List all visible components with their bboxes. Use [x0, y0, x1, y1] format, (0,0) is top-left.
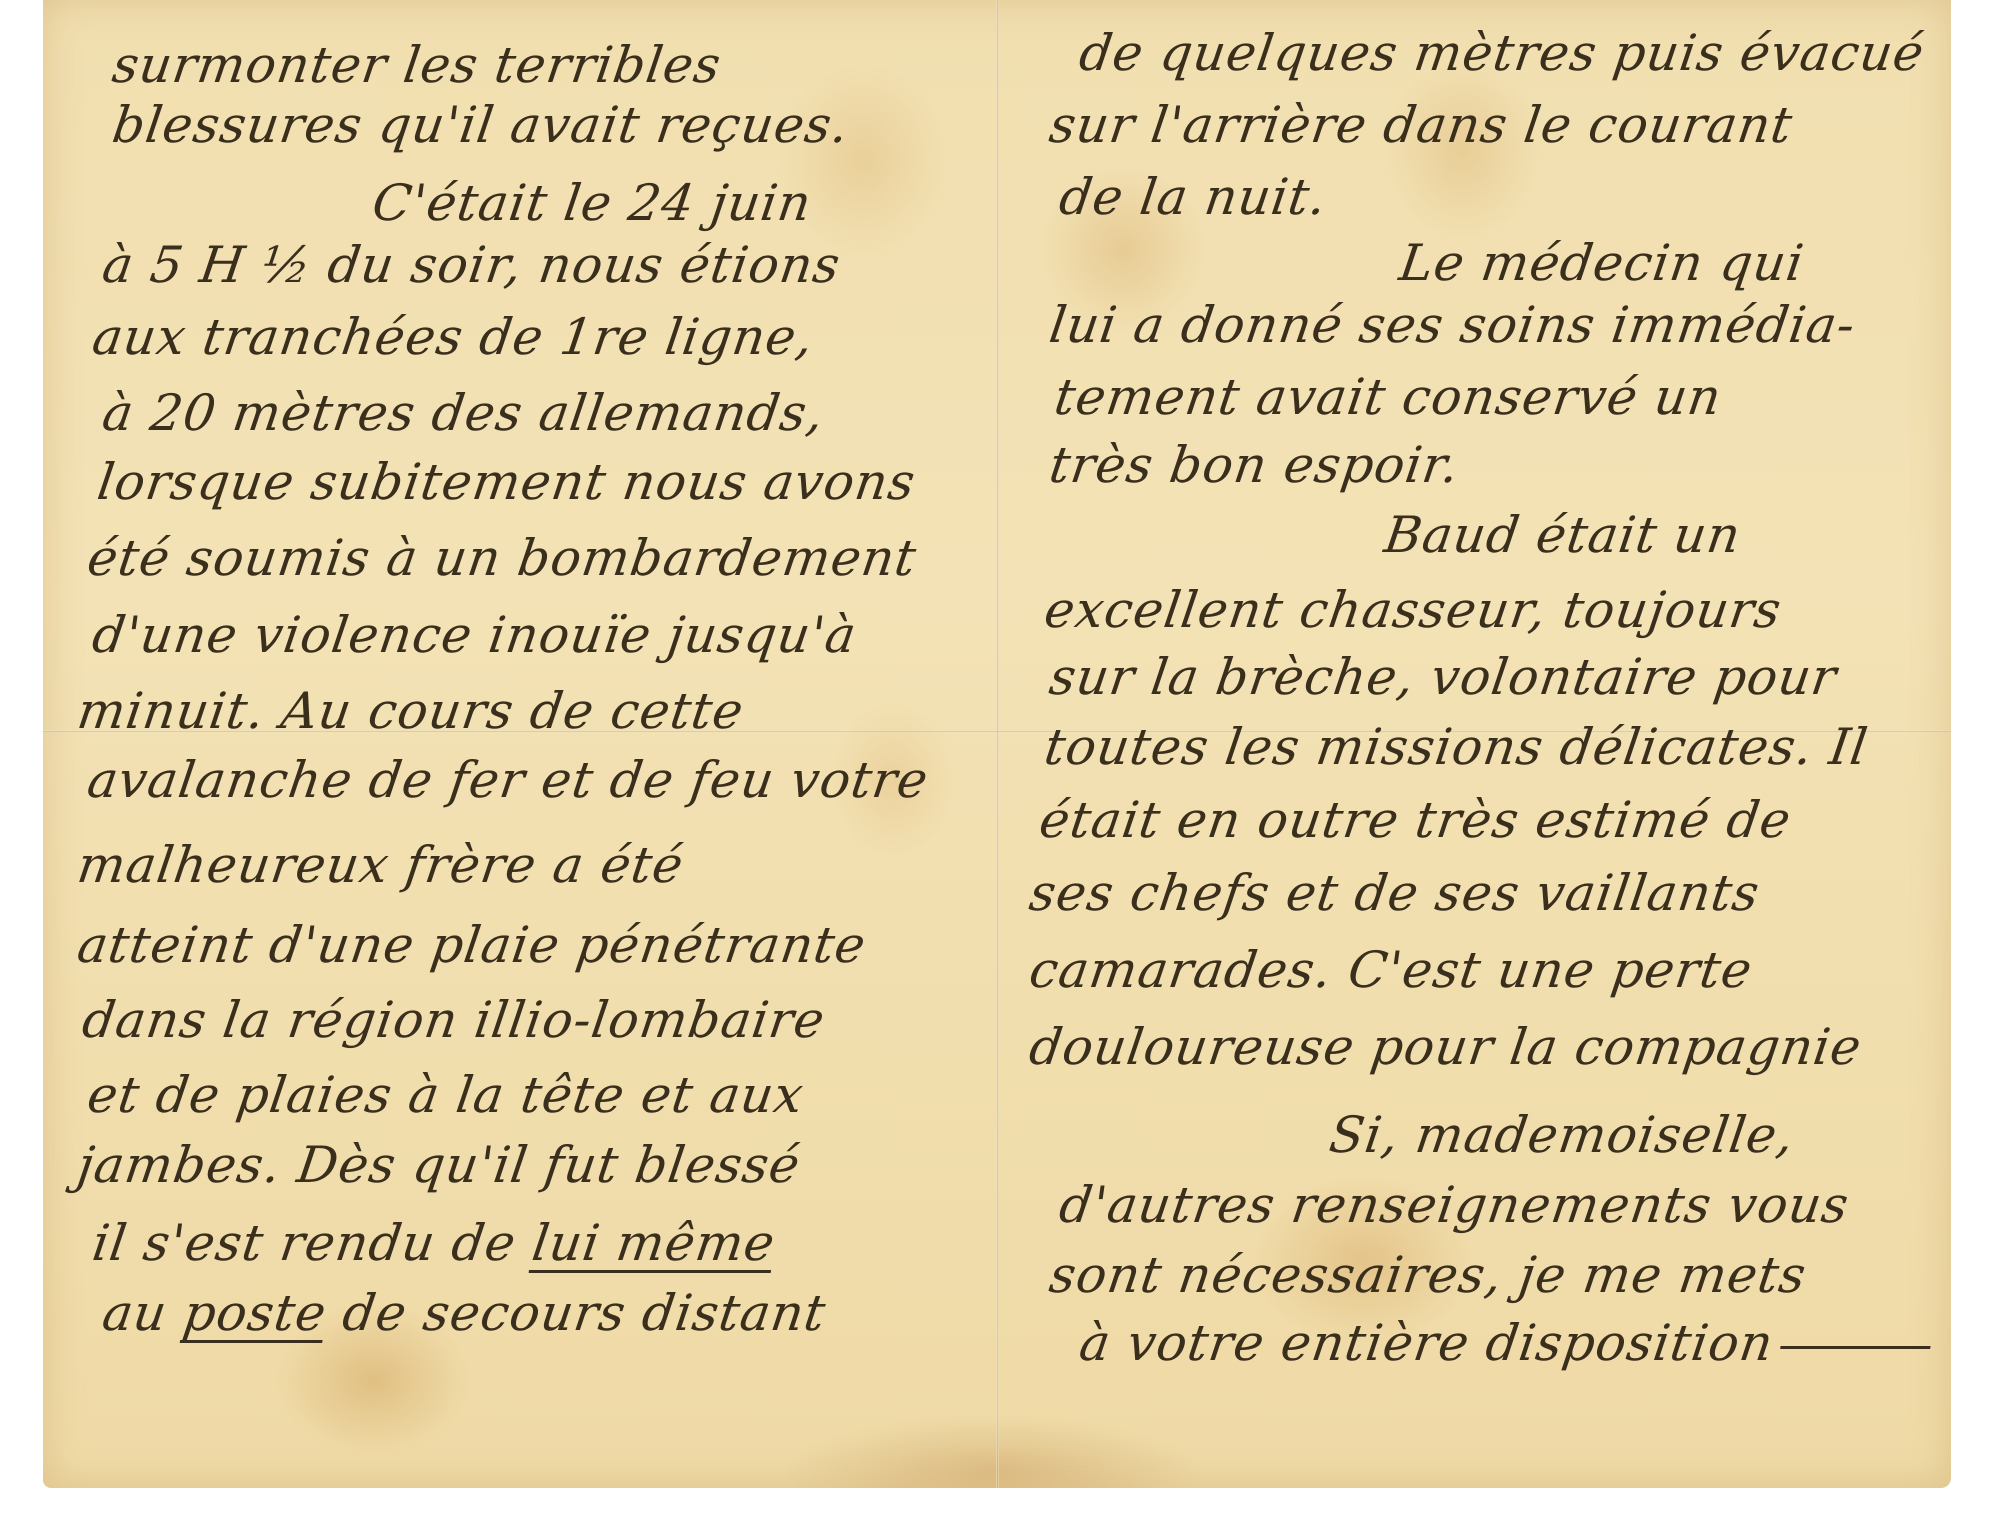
- text-line: surmonter les terribles: [109, 40, 724, 90]
- text-line: lorsque subitement nous avons: [94, 457, 918, 507]
- text-line: été soumis à un bombardement: [84, 533, 919, 583]
- text-line: de la nuit.: [1056, 172, 1330, 222]
- text-line: C'était le 24 juin: [369, 178, 814, 228]
- text-line-underlined: il s'est rendu de lui même: [89, 1218, 778, 1268]
- underlined-text: lui même: [529, 1214, 779, 1272]
- text-line: aux tranchées de 1re ligne,: [89, 312, 816, 362]
- text-line: d'une violence inouïe jusqu'à: [89, 610, 859, 660]
- text-line: tement avait conservé un: [1051, 372, 1724, 422]
- text-line: très bon espoir.: [1046, 440, 1462, 490]
- text-line: dans la région illio-lombaire: [79, 995, 828, 1045]
- text-line: à 20 mètres des allemands,: [99, 388, 827, 438]
- text-line: Si, mademoiselle,: [1326, 1110, 1797, 1160]
- letter-sheet: surmonter les terribles blessures qu'il …: [43, 0, 1951, 1488]
- text-line: à 5 H ½ du soir, nous étions: [99, 240, 843, 290]
- underlined-text: poste: [180, 1284, 331, 1342]
- closing-line-text: à votre entière disposition: [1076, 1314, 1777, 1372]
- text-line: atteint d'une plaie pénétrante: [74, 920, 869, 970]
- text-line: avalanche de fer et de feu votre: [84, 755, 931, 805]
- text-line: était en outre très estimé de: [1036, 795, 1794, 845]
- left-page: surmonter les terribles blessures qu'il …: [43, 0, 996, 1488]
- text-line: sur la brèche, volontaire pour: [1046, 652, 1840, 702]
- text-line: et de plaies à la tête et aux: [84, 1070, 806, 1120]
- text-line: jambes. Dès qu'il fut blessé: [74, 1140, 803, 1190]
- text-line: sur l'arrière dans le courant: [1046, 100, 1795, 150]
- text-line: Baud était un: [1381, 510, 1744, 560]
- text-line: malheureux frère a été: [74, 840, 686, 890]
- closing-line: à votre entière disposition: [1076, 1318, 1934, 1368]
- right-page: de quelques mètres puis évacué sur l'arr…: [1000, 0, 1951, 1488]
- text-line: camarades. C'est une perte: [1026, 945, 1755, 995]
- text-line: excellent chasseur, toujours: [1041, 585, 1784, 635]
- text-line: ses chefs et de ses vaillants: [1026, 868, 1762, 918]
- text-line: de quelques mètres puis évacué: [1076, 28, 1927, 78]
- vertical-fold-crease: [996, 0, 999, 1488]
- text-line: Le médecin qui: [1396, 238, 1807, 288]
- text-line: douloureuse pour la compagnie: [1026, 1022, 1864, 1072]
- signature-flourish: [1780, 1346, 1930, 1349]
- text-line-underlined: au poste de secours distant: [99, 1288, 829, 1338]
- text-line: d'autres renseignements vous: [1056, 1180, 1852, 1230]
- text-line: sont nécessaires, je me mets: [1046, 1250, 1809, 1300]
- text-line: toutes les missions délicates. Il: [1041, 722, 1871, 772]
- text-line: minuit. Au cours de cette: [74, 686, 747, 736]
- text-line: lui a donné ses soins immédia-: [1046, 300, 1858, 350]
- text-line: blessures qu'il avait reçues.: [109, 100, 852, 150]
